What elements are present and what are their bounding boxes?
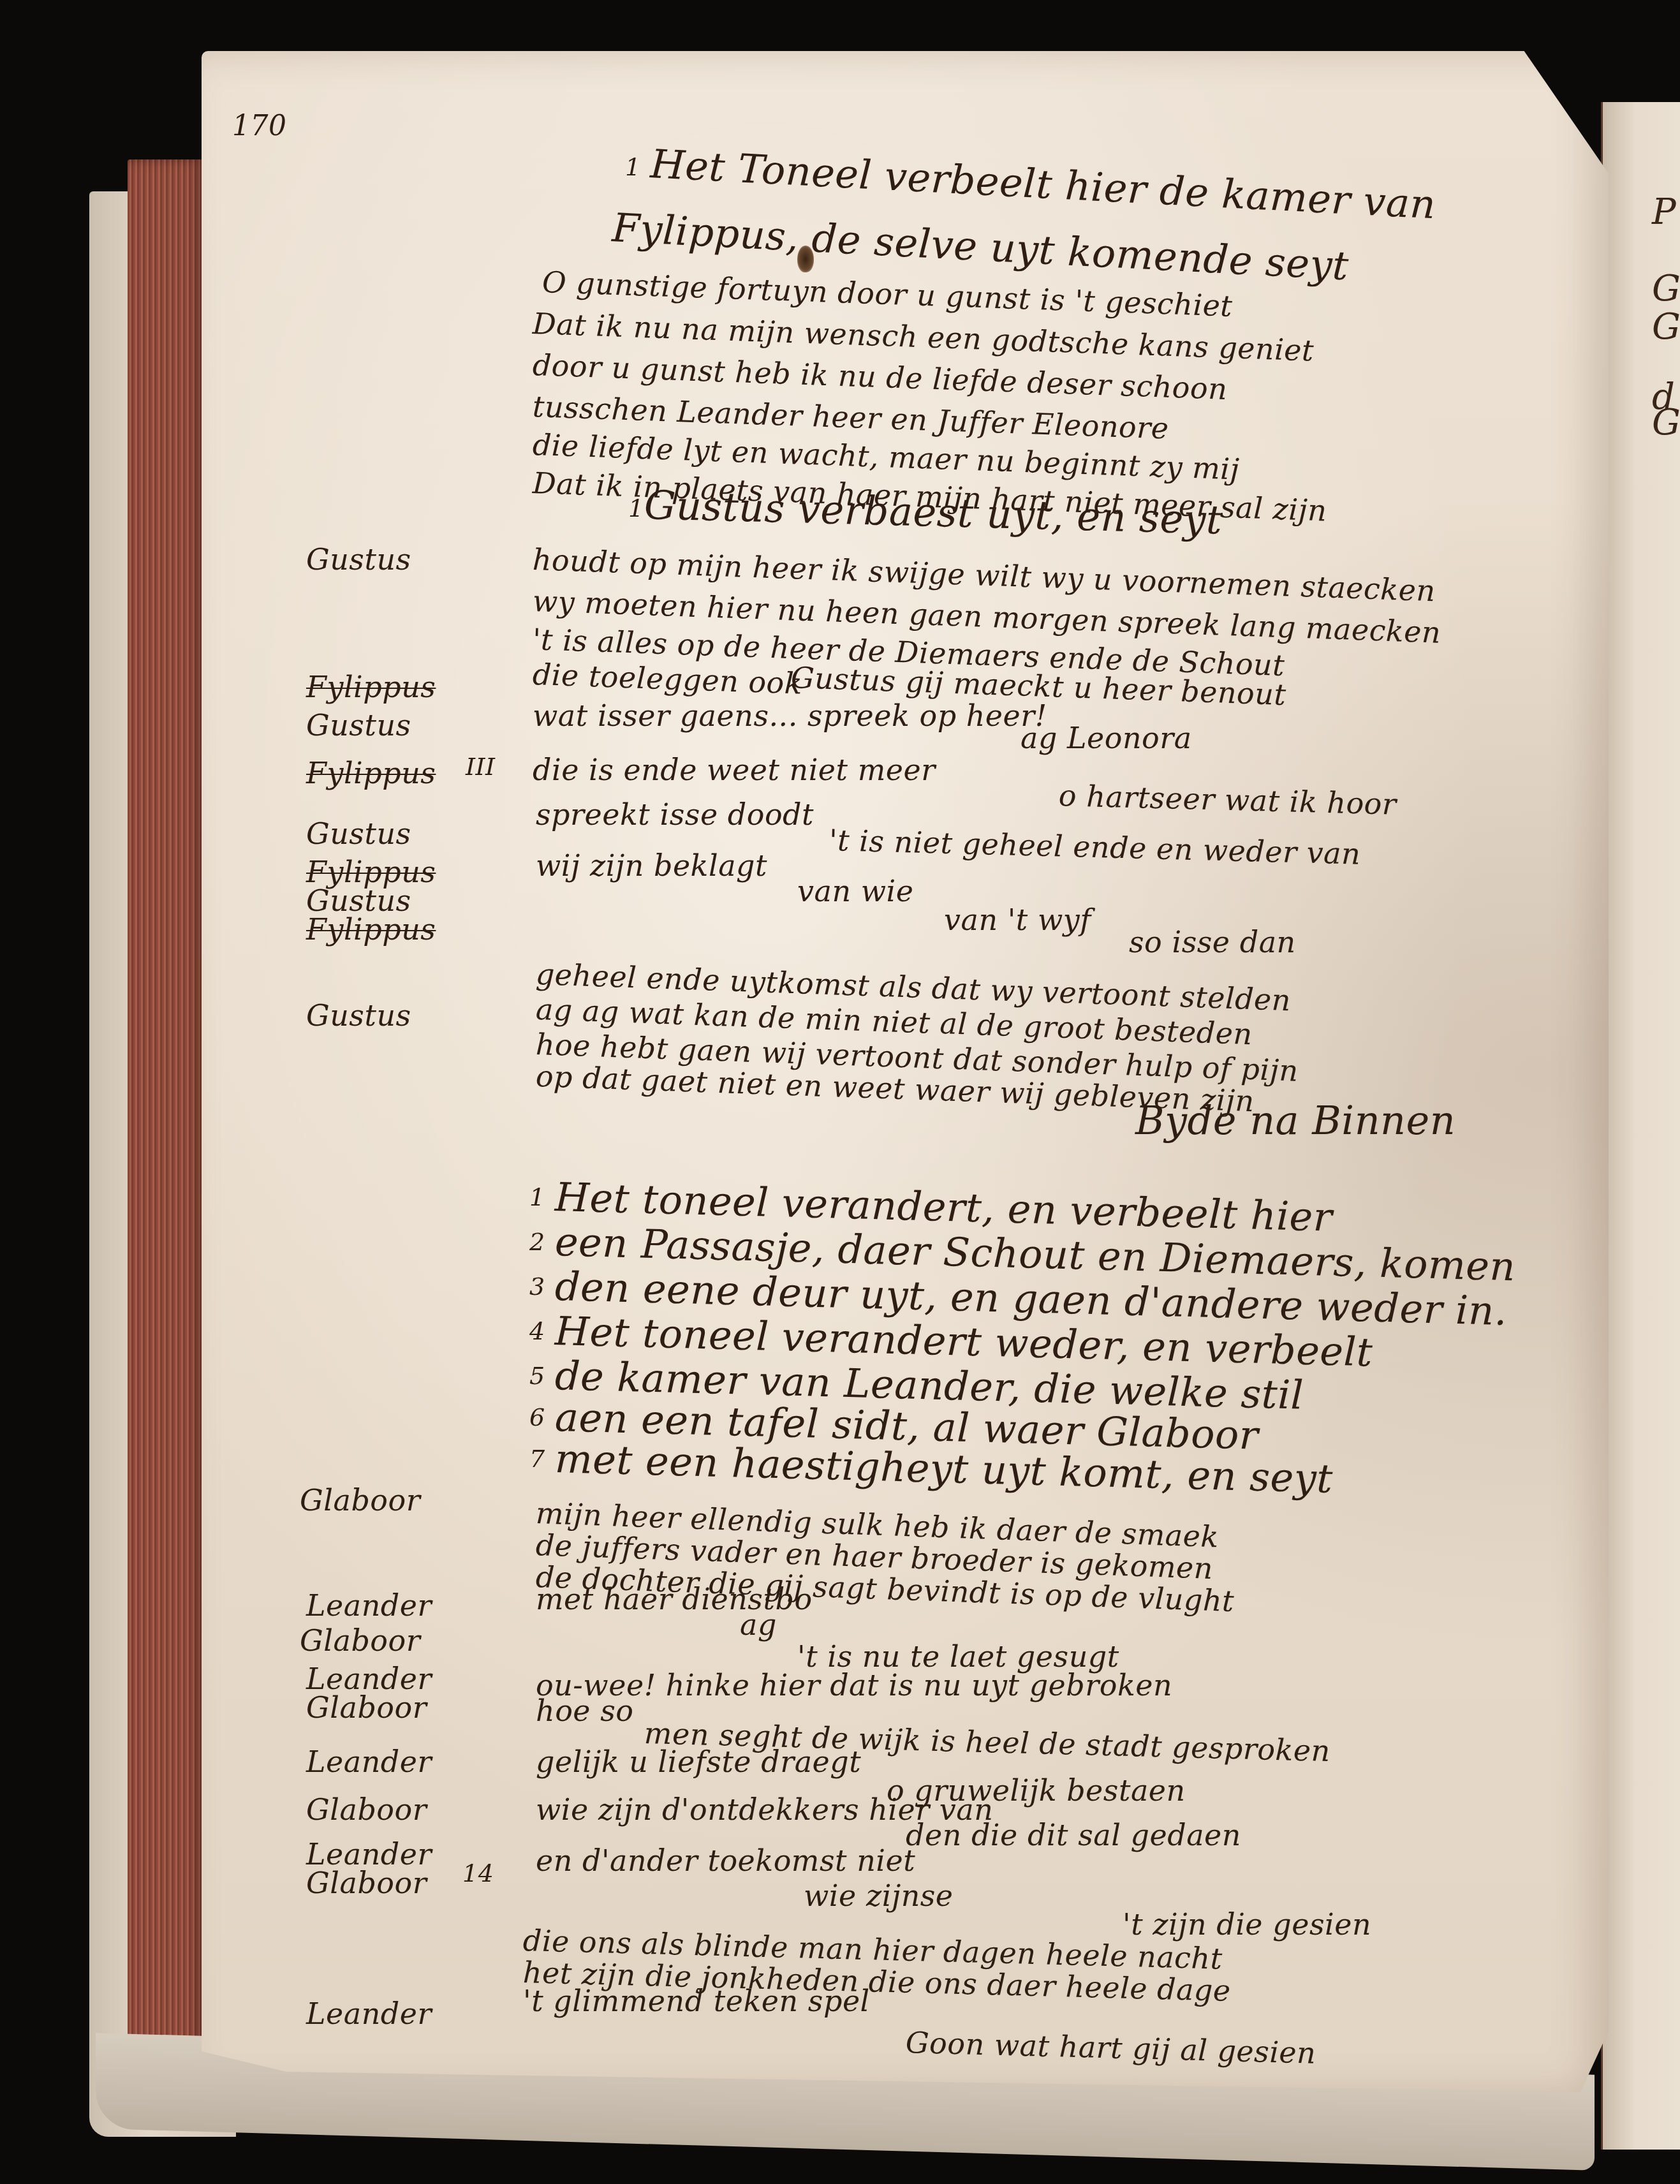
verse-line: wie zijnse (804, 1878, 954, 1913)
verse-line: so isse dan (1129, 925, 1296, 959)
stage-mark: 5 (529, 1362, 545, 1390)
verse-line: 't glimmend teken spel (523, 1984, 870, 2018)
verse-line: van wie (797, 874, 913, 908)
stage-mark: 1 (529, 1183, 545, 1211)
margin-mark: 14 (462, 1859, 494, 1887)
facing-page-fragment: G (1652, 402, 1680, 443)
verse-line: en d'ander toekomst niet (536, 1843, 915, 1878)
speaker-name: Leander (306, 1745, 432, 1779)
margin-mark: III (466, 753, 496, 781)
verse-line: hoe so (536, 1693, 633, 1728)
facing-page-fragment: G (1652, 306, 1680, 348)
verse-line: van 't wyf (944, 903, 1091, 937)
stage-mark: 7 (529, 1445, 545, 1473)
page-edges (128, 159, 204, 2092)
speaker-name: Glaboor (306, 1690, 427, 1725)
verse-line: o gruwelijk bestaen (887, 1773, 1186, 1808)
speaker-name: Fylippus (306, 756, 436, 790)
speaker-name: Fylippus (306, 670, 436, 704)
verse-line: wij zijn beklagt (536, 848, 767, 883)
exit-direction: Byde na Binnen (1135, 1097, 1455, 1144)
folio-number: 170 (232, 110, 286, 142)
verse-line: die is ende weet niet meer (533, 753, 936, 787)
stage-mark: 1 (628, 494, 644, 522)
speaker-name: Gustus (306, 542, 411, 577)
stage-mark: 2 (529, 1228, 545, 1256)
facing-page-fragment: G (1652, 268, 1680, 309)
speaker-name: Glaboor (300, 1623, 420, 1658)
speaker-name: Glaboor (306, 1792, 427, 1827)
stage-mark: 4 (529, 1317, 545, 1345)
speaker-name: Gustus (306, 708, 411, 742)
speaker-name: Gustus (306, 998, 411, 1033)
verse-line: den die dit sal gedaen (906, 1818, 1241, 1852)
speaker-name: Fylippus (306, 912, 436, 947)
stage-mark: 3 (529, 1273, 545, 1301)
speaker-name: Leander (306, 1588, 432, 1623)
speaker-name: Glaboor (306, 1866, 427, 1900)
verse-line: ag Leonora (1021, 721, 1192, 755)
verse-line: 't zijn die gesien (1123, 1907, 1371, 1942)
speaker-name: Gustus (306, 816, 411, 851)
stage-mark: 1 (625, 153, 641, 181)
verse-line: ag (740, 1607, 777, 1642)
stage-mark: 6 (529, 1403, 545, 1431)
speaker-name: Leander (306, 1996, 432, 2031)
facing-page-fragment: P (1652, 191, 1676, 233)
verse-line: spreekt isse doodt (536, 797, 814, 832)
verse-line: gelijk u liefste draegt (536, 1745, 861, 1779)
speaker-name: Glaboor (300, 1483, 420, 1517)
verse-line: wat isser gaens... spreek op heer! (533, 698, 1047, 733)
